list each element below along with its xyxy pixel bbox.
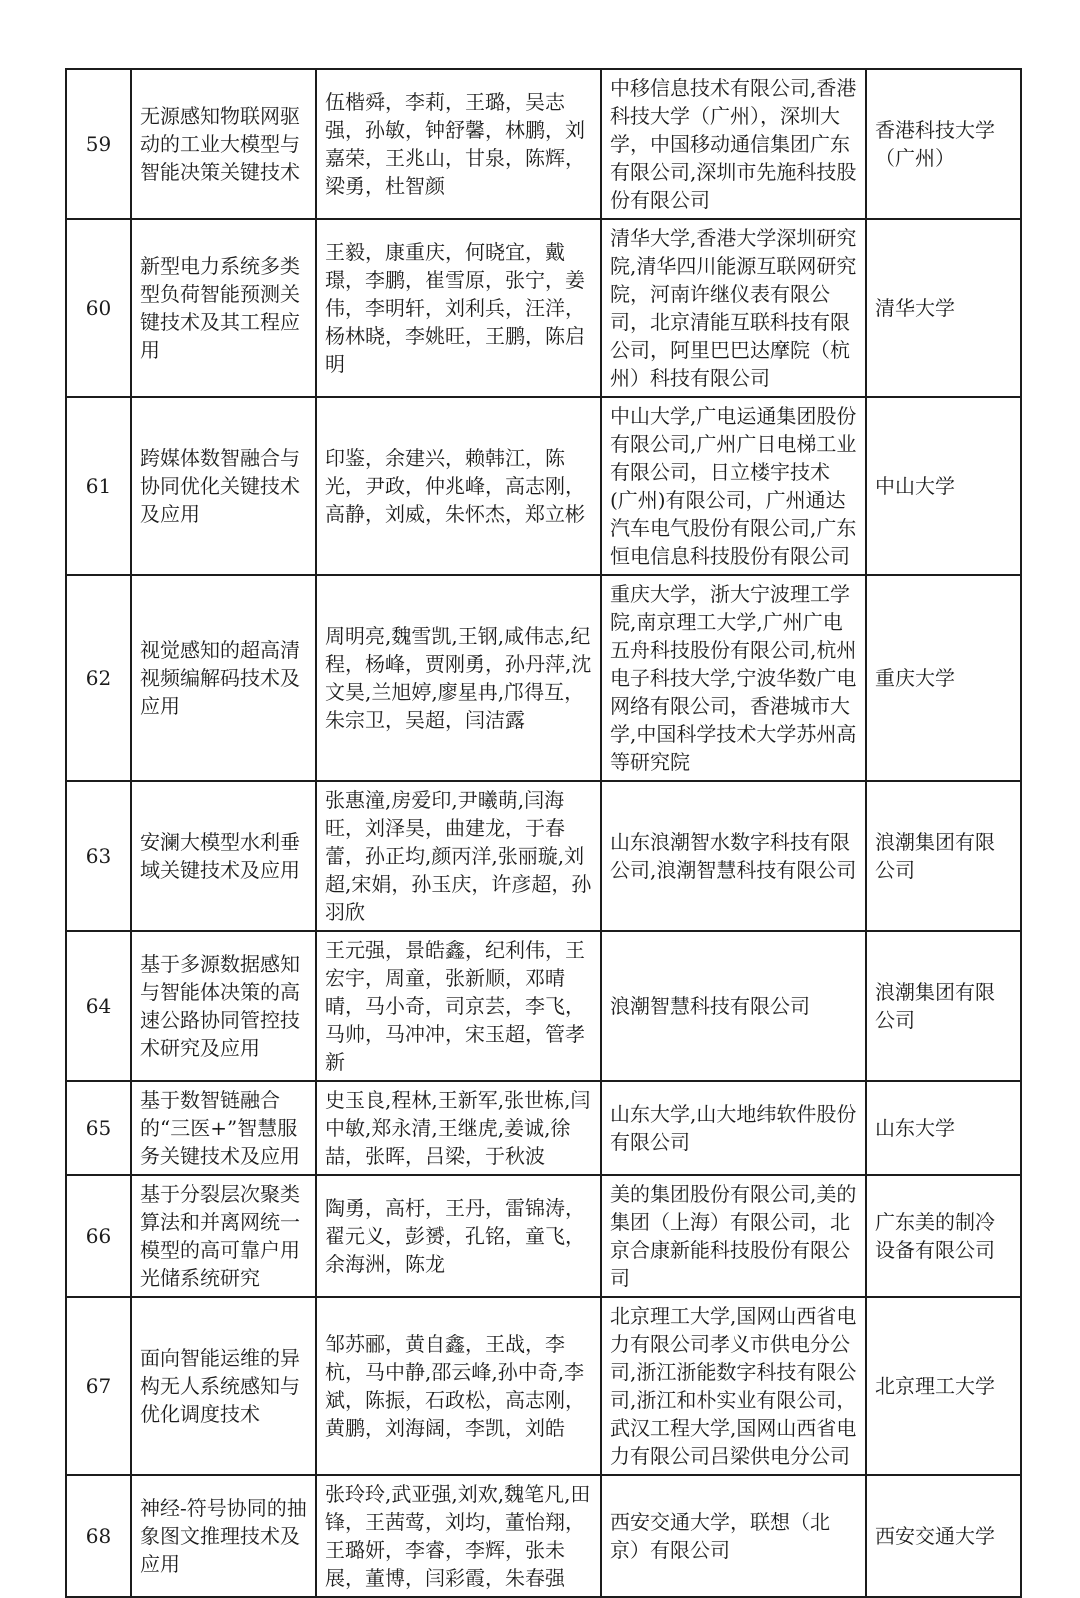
organizations-cell: 中山大学,广电运通集团股份有限公司,广州广日电梯工业有限公司，日立楼宇技术(广州… — [601, 397, 866, 575]
organizations-cell: 重庆大学，浙大宁波理工学院,南京理工大学,广州广电五舟科技股份有限公司,杭州电子… — [601, 575, 866, 781]
lead-org-cell: 北京理工大学 — [866, 1297, 1021, 1475]
table-row: 67 面向智能运维的异构无人系统感知与优化调度技术 邹苏郦，黄自鑫，王战，李杭，… — [66, 1297, 1021, 1475]
lead-org-cell: 浪潮集团有限公司 — [866, 781, 1021, 931]
organizations-cell: 中移信息技术有限公司,香港科技大学（广州），深圳大学，中国移动通信集团广东有限公… — [601, 69, 866, 219]
table-row: 62 视觉感知的超高清视频编解码技术及应用 周明亮,魏雪凯,王钢,咸伟志,纪程，… — [66, 575, 1021, 781]
table-row: 68 神经-符号协同的抽象图文推理技术及应用 张玲玲,武亚强,刘欢,魏笔凡,田锋… — [66, 1475, 1021, 1597]
lead-org-cell: 中山大学 — [866, 397, 1021, 575]
row-number-cell: 65 — [66, 1081, 131, 1175]
team-members-cell: 王毅，康重庆，何晓宜，戴璟，李鹏，崔雪原，张宁，姜伟，李明轩，刘利兵，汪洋，杨林… — [316, 219, 601, 397]
project-title-cell: 基于多源数据感知与智能体决策的高速公路协同管控技术研究及应用 — [131, 931, 316, 1081]
row-number-cell: 59 — [66, 69, 131, 219]
project-title-cell: 神经-符号协同的抽象图文推理技术及应用 — [131, 1475, 316, 1597]
table-row: 60 新型电力系统多类型负荷智能预测关键技术及其工程应用 王毅，康重庆，何晓宜，… — [66, 219, 1021, 397]
team-members-cell: 伍楷舜，李莉，王璐，吴志强，孙敏，钟舒馨，林鹏，刘嘉荣，王兆山，甘泉，陈辉，梁勇… — [316, 69, 601, 219]
organizations-cell: 山东大学,山大地纬软件股份有限公司 — [601, 1081, 866, 1175]
organizations-cell: 北京理工大学,国网山西省电力有限公司孝义市供电分公司,浙江浙能数字科技有限公司,… — [601, 1297, 866, 1475]
project-title-cell: 面向智能运维的异构无人系统感知与优化调度技术 — [131, 1297, 316, 1475]
lead-org-cell: 清华大学 — [866, 219, 1021, 397]
team-members-cell: 张惠潼,房爱印,尹曦萌,闫海旺，刘泽昊，曲建龙，于春蕾，孙正均,颜丙洋,张丽璇,… — [316, 781, 601, 931]
row-number-cell: 67 — [66, 1297, 131, 1475]
table-row: 61 跨媒体数智融合与协同优化关键技术及应用 印鉴，余建兴，赖韩江，陈光，尹政，… — [66, 397, 1021, 575]
table-row: 65 基于数智链融合的“三医+”智慧服务关键技术及应用 史玉良,程林,王新军,张… — [66, 1081, 1021, 1175]
project-title-cell: 基于数智链融合的“三医+”智慧服务关键技术及应用 — [131, 1081, 316, 1175]
project-title-cell: 视觉感知的超高清视频编解码技术及应用 — [131, 575, 316, 781]
team-members-cell: 陶勇，高杅，王丹，雷锦涛，翟元义，彭赟，孔铭，童飞，余海洲，陈龙 — [316, 1175, 601, 1297]
team-members-cell: 张玲玲,武亚强,刘欢,魏笔凡,田锋，王茜莺，刘均，董怡翔，王璐妍，李睿，李辉，张… — [316, 1475, 601, 1597]
table-row: 64 基于多源数据感知与智能体决策的高速公路协同管控技术研究及应用 王元强，景皓… — [66, 931, 1021, 1081]
team-members-cell: 印鉴，余建兴，赖韩江，陈光，尹政，仲兆峰，高志刚，高静，刘威，朱怀杰，郑立彬 — [316, 397, 601, 575]
project-award-table: 59 无源感知物联网驱动的工业大模型与智能决策关键技术 伍楷舜，李莉，王璐，吴志… — [65, 68, 1022, 1598]
project-title-cell: 跨媒体数智融合与协同优化关键技术及应用 — [131, 397, 316, 575]
lead-org-cell: 重庆大学 — [866, 575, 1021, 781]
lead-org-cell: 山东大学 — [866, 1081, 1021, 1175]
row-number-cell: 61 — [66, 397, 131, 575]
table-row: 63 安澜大模型水利垂域关键技术及应用 张惠潼,房爱印,尹曦萌,闫海旺，刘泽昊，… — [66, 781, 1021, 931]
organizations-cell: 山东浪潮智水数字科技有限公司,浪潮智慧科技有限公司 — [601, 781, 866, 931]
organizations-cell: 清华大学,香港大学深圳研究院,清华四川能源互联网研究院，河南许继仪表有限公司，北… — [601, 219, 866, 397]
organizations-cell: 西安交通大学，联想（北京）有限公司 — [601, 1475, 866, 1597]
project-title-cell: 新型电力系统多类型负荷智能预测关键技术及其工程应用 — [131, 219, 316, 397]
team-members-cell: 周明亮,魏雪凯,王钢,咸伟志,纪程，杨峰，贾刚勇，孙丹萍,沈文昊,兰旭婷,廖星冉… — [316, 575, 601, 781]
team-members-cell: 史玉良,程林,王新军,张世栋,闫中敏,郑永清,王继虎,姜诚,徐喆，张晖，吕梁，于… — [316, 1081, 601, 1175]
team-members-cell: 邹苏郦，黄自鑫，王战，李杭，马中静,邵云峰,孙中奇,李斌，陈振，石政松，高志刚，… — [316, 1297, 601, 1475]
project-title-cell: 安澜大模型水利垂域关键技术及应用 — [131, 781, 316, 931]
lead-org-cell: 香港科技大学（广州） — [866, 69, 1021, 219]
organizations-cell: 美的集团股份有限公司,美的集团（上海）有限公司，北京合康新能科技股份有限公司 — [601, 1175, 866, 1297]
lead-org-cell: 浪潮集团有限公司 — [866, 931, 1021, 1081]
row-number-cell: 60 — [66, 219, 131, 397]
row-number-cell: 64 — [66, 931, 131, 1081]
row-number-cell: 63 — [66, 781, 131, 931]
team-members-cell: 王元强，景皓鑫，纪利伟，王宏宇，周童，张新顺，邓晴晴，马小奇，司京芸，李飞，马帅… — [316, 931, 601, 1081]
row-number-cell: 66 — [66, 1175, 131, 1297]
row-number-cell: 62 — [66, 575, 131, 781]
table-row: 59 无源感知物联网驱动的工业大模型与智能决策关键技术 伍楷舜，李莉，王璐，吴志… — [66, 69, 1021, 219]
lead-org-cell: 广东美的制冷设备有限公司 — [866, 1175, 1021, 1297]
document-page: 59 无源感知物联网驱动的工业大模型与智能决策关键技术 伍楷舜，李莉，王璐，吴志… — [0, 0, 1080, 1527]
lead-org-cell: 西安交通大学 — [866, 1475, 1021, 1597]
project-title-cell: 基于分裂层次聚类算法和并离网统一模型的高可靠户用光储系统研究 — [131, 1175, 316, 1297]
organizations-cell: 浪潮智慧科技有限公司 — [601, 931, 866, 1081]
row-number-cell: 68 — [66, 1475, 131, 1597]
table-row: 66 基于分裂层次聚类算法和并离网统一模型的高可靠户用光储系统研究 陶勇，高杅，… — [66, 1175, 1021, 1297]
project-title-cell: 无源感知物联网驱动的工业大模型与智能决策关键技术 — [131, 69, 316, 219]
